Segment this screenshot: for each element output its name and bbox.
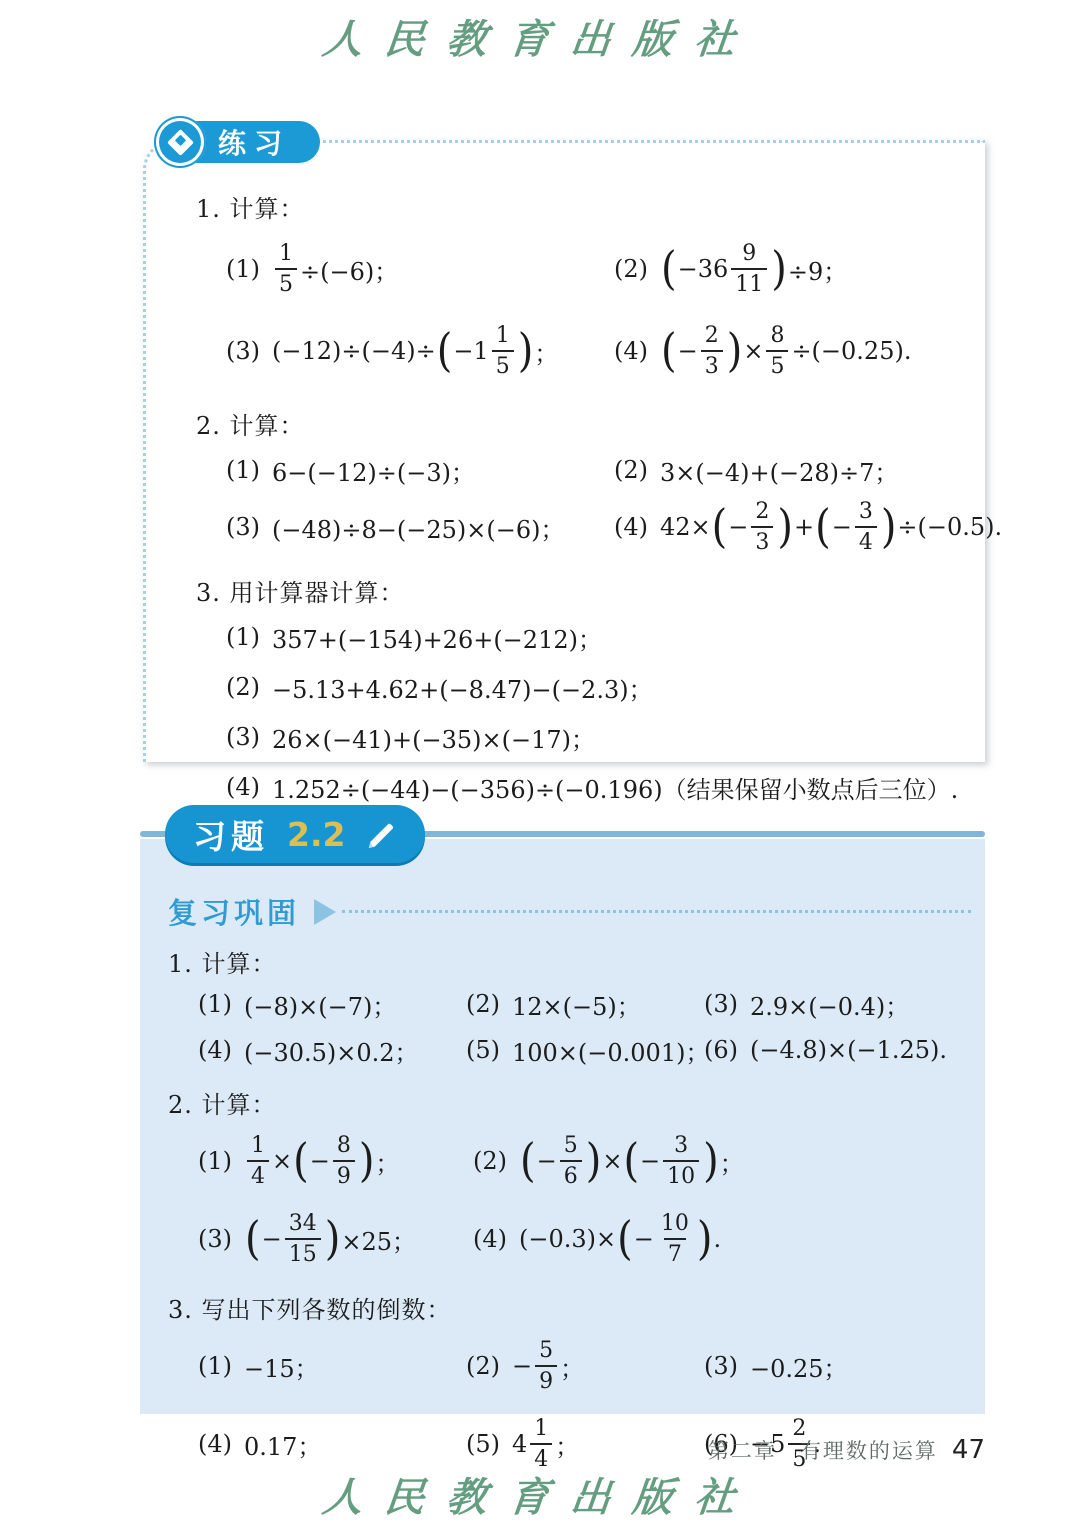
dotted-leader	[342, 910, 971, 913]
page-footer: 第二章 有理数的运算 47	[708, 1435, 985, 1465]
item-number: (5)	[466, 1430, 500, 1458]
exercise-item: (4)(−0.3)×(−107).	[473, 1203, 971, 1275]
exercise-item: (2)3×(−4)+(−28)÷7；	[614, 450, 1002, 490]
item-expression: −5.13+4.62+(−8.47)−(−2.3)；	[272, 670, 653, 705]
exercise-item: (1)(−8)×(−7)；	[198, 984, 466, 1024]
item-number: (1)	[226, 623, 260, 651]
fraction: 23	[751, 500, 773, 554]
item-expression: 1.252÷(−44)−(−356)÷(−0.196)（结果保留小数点后三位）.	[272, 770, 958, 805]
fraction: 85	[766, 324, 788, 378]
exercise-item: (2)−5.13+4.62+(−8.47)−(−2.3)；	[226, 667, 971, 707]
question-label: 2. 计算：	[168, 1085, 971, 1120]
exercise-item: (3)−0.25；	[704, 1330, 971, 1402]
item-expression: 2.9×(−0.4)；	[750, 987, 909, 1022]
practice-badge-label: 练习	[190, 121, 320, 163]
review-section-label: 复习巩固	[168, 891, 300, 932]
fraction: 911	[731, 242, 767, 296]
item-number: (3)	[226, 337, 260, 365]
item-expression: (−0.3)×(−107).	[519, 1212, 721, 1266]
question-items: (1)14×(−89)；(2)(−56)×(−310)；(3)(−3415)×2…	[168, 1122, 971, 1278]
exercise-item: (3)(−48)÷8−(−25)×(−6)；	[226, 500, 614, 554]
item-number: (1)	[198, 1352, 232, 1380]
practice-badge: 练习	[154, 116, 320, 168]
item-expression: 357+(−154)+26+(−212)；	[272, 620, 602, 655]
exercise-item: (2)(−56)×(−310)；	[473, 1125, 971, 1197]
exercise-item: (2)−59；	[466, 1330, 704, 1402]
item-expression: 6−(−12)÷(−3)；	[272, 453, 475, 488]
footer-chapter-title: 第二章 有理数的运算	[708, 1435, 938, 1465]
item-number: (4)	[614, 337, 648, 365]
item-number: (3)	[226, 723, 260, 751]
question-label: 3. 用计算器计算：	[196, 573, 971, 608]
exercise-item: (3)26×(−41)+(−35)×(−17)；	[226, 717, 971, 757]
question-items: (1)6−(−12)÷(−3)；(2)3×(−4)+(−28)÷7；(3)(−4…	[196, 445, 971, 559]
exercise-item: (1)357+(−154)+26+(−212)；	[226, 617, 971, 657]
exercises-badge-label: 习题	[193, 811, 269, 858]
item-expression: (−8)×(−7)；	[244, 987, 396, 1022]
fraction: 56	[560, 1134, 582, 1188]
fraction: 14	[530, 1417, 552, 1471]
exercise-item: (1)6−(−12)÷(−3)；	[226, 450, 614, 490]
item-expression: (−36911)÷9；	[660, 242, 847, 296]
practice-card: 练习 1. 计算： (1)15÷(−6)；(2)(−36911)÷9；(3)(−…	[143, 140, 985, 762]
item-number: (4)	[614, 513, 648, 541]
item-expression: (−56)×(−310)；	[519, 1134, 744, 1188]
item-number: (3)	[198, 1225, 232, 1253]
publisher-watermark-bottom: 人民教育出版社	[0, 1466, 1080, 1523]
fraction: 310	[663, 1134, 699, 1188]
exercises-panel: 复习巩固 1. 计算： (1)(−8)×(−7)；(2)12×(−5)；(3)2…	[140, 839, 985, 1414]
exercise-item: (3)(−12)÷(−4)÷(−115)；	[226, 315, 614, 387]
exercise-item: (4)42×(−23)+(−34)÷(−0.5).	[614, 500, 1002, 554]
item-expression: 15÷(−6)；	[272, 242, 398, 296]
item-number: (3)	[226, 513, 260, 541]
exercise-item: (1)−15；	[198, 1330, 466, 1402]
item-expression: 3×(−4)+(−28)÷7；	[660, 453, 898, 488]
item-expression: 26×(−41)+(−35)×(−17)；	[272, 720, 595, 755]
item-expression: (−48)÷8−(−25)×(−6)；	[272, 510, 564, 545]
question-items: (1)(−8)×(−7)；(2)12×(−5)；(3)2.9×(−0.4)；(4…	[168, 981, 971, 1073]
exercise-item: (4)1.252÷(−44)−(−356)÷(−0.196)（结果保留小数点后三…	[226, 767, 971, 807]
item-number: (3)	[704, 990, 738, 1018]
fraction: 59	[535, 1339, 557, 1393]
exercises-question-1: 1. 计算： (1)(−8)×(−7)；(2)12×(−5)；(3)2.9×(−…	[168, 944, 971, 1073]
exercise-item: (1)15÷(−6)；	[226, 233, 614, 305]
exercise-item: (2)12×(−5)；	[466, 984, 704, 1024]
item-number: (3)	[704, 1352, 738, 1380]
item-expression: 14×(−89)；	[244, 1134, 399, 1188]
item-expression: 42×(−23)+(−34)÷(−0.5).	[660, 500, 1002, 554]
item-number: (2)	[226, 673, 260, 701]
item-expression: (−4.8)×(−1.25).	[750, 1036, 947, 1064]
item-number: (2)	[614, 255, 648, 283]
item-expression: 414；	[512, 1417, 579, 1471]
fraction: 3415	[285, 1212, 321, 1266]
item-number: (4)	[473, 1225, 507, 1253]
footer-page-number: 47	[952, 1435, 985, 1465]
item-expression: (−23)×85÷(−0.25).	[660, 324, 911, 378]
exercises-badge: 习题 2.2	[165, 805, 425, 863]
fraction: 15	[492, 324, 514, 378]
item-number: (6)	[704, 1036, 738, 1064]
review-section-header: 复习巩固	[168, 891, 971, 932]
practice-question-2: 2. 计算： (1)6−(−12)÷(−3)；(2)3×(−4)+(−28)÷7…	[196, 406, 971, 559]
item-number: (2)	[466, 990, 500, 1018]
item-number: (2)	[473, 1147, 507, 1175]
item-number: (1)	[226, 456, 260, 484]
item-expression: −15；	[244, 1349, 319, 1384]
item-expression: −59；	[512, 1339, 584, 1393]
item-expression: (−3415)×25；	[244, 1212, 416, 1266]
exercises-question-2: 2. 计算： (1)14×(−89)；(2)(−56)×(−310)；(3)(−…	[168, 1085, 971, 1278]
fraction: 15	[275, 242, 297, 296]
exercise-item: (1)14×(−89)；	[198, 1125, 473, 1197]
question-items: (1)357+(−154)+26+(−212)；(2)−5.13+4.62+(−…	[196, 612, 971, 812]
item-number: (2)	[466, 1352, 500, 1380]
item-expression: 12×(−5)；	[512, 987, 641, 1022]
item-number: (4)	[198, 1430, 232, 1458]
item-number: (1)	[226, 255, 260, 283]
exercises-badge-number: 2.2	[287, 815, 345, 854]
question-label: 3. 写出下列各数的倒数：	[168, 1290, 971, 1325]
exercise-item: (2)(−36911)÷9；	[614, 233, 971, 305]
item-number: (5)	[466, 1036, 500, 1064]
textbook-page: 人民教育出版社 练习 1. 计算： (1)15÷(−6)；(2)(−36911)…	[0, 0, 1080, 1526]
item-expression: (−12)÷(−4)÷(−115)；	[272, 324, 558, 378]
item-expression: (−30.5)×0.2；	[244, 1033, 419, 1068]
item-number: (4)	[198, 1036, 232, 1064]
item-number: (2)	[614, 456, 648, 484]
exercise-item: (6)(−4.8)×(−1.25).	[704, 1030, 971, 1070]
item-number: (1)	[198, 1147, 232, 1175]
fraction: 14	[247, 1134, 269, 1188]
exercise-item: (4)(−23)×85÷(−0.25).	[614, 315, 971, 387]
question-label: 2. 计算：	[196, 406, 971, 441]
exercise-item: (3)(−3415)×25；	[198, 1203, 473, 1275]
fraction: 34	[855, 500, 877, 554]
question-items: (1)15÷(−6)；(2)(−36911)÷9；(3)(−12)÷(−4)÷(…	[196, 228, 971, 392]
publisher-watermark-top: 人民教育出版社	[0, 8, 1080, 65]
item-expression: 100×(−0.001)；	[512, 1033, 709, 1068]
item-number: (4)	[226, 773, 260, 801]
fraction: 23	[701, 324, 723, 378]
fraction: 107	[657, 1212, 693, 1266]
question-label: 1. 计算：	[168, 944, 971, 979]
exercise-item: (4)(−30.5)×0.2；	[198, 1030, 466, 1070]
item-expression: −0.25；	[750, 1349, 848, 1384]
item-number: (1)	[198, 990, 232, 1018]
question-label: 1. 计算：	[196, 189, 971, 224]
pencil-diamond-icon	[154, 116, 206, 168]
practice-question-1: 1. 计算： (1)15÷(−6)；(2)(−36911)÷9；(3)(−12)…	[196, 189, 971, 392]
practice-question-3: 3. 用计算器计算： (1)357+(−154)+26+(−212)；(2)−5…	[196, 573, 971, 812]
exercise-item: (5)100×(−0.001)；	[466, 1030, 704, 1070]
pencil-icon	[363, 817, 397, 851]
item-expression: 0.17；	[244, 1427, 321, 1462]
exercise-item: (3)2.9×(−0.4)；	[704, 984, 971, 1024]
triangle-right-icon	[314, 899, 336, 925]
fraction: 89	[333, 1134, 355, 1188]
